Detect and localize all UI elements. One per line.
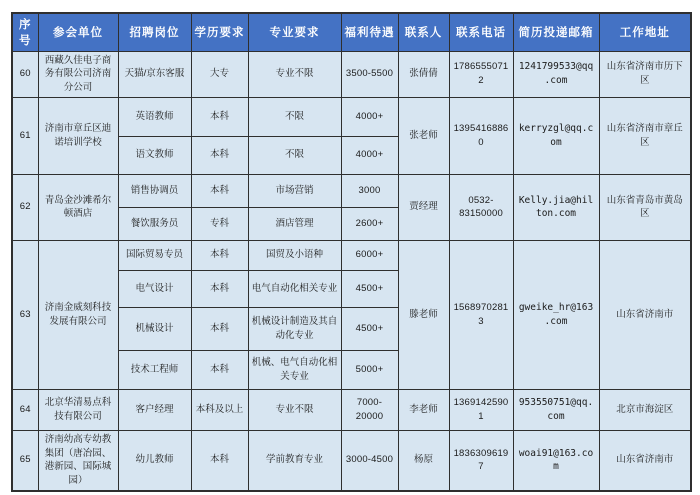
education-cell: 大专 (191, 51, 248, 97)
phone-cell: 0532-83150000 (449, 174, 513, 240)
seq-cell: 62 (12, 174, 38, 240)
salary-cell: 4500+ (341, 270, 398, 307)
major-cell: 国贸及小语种 (248, 240, 341, 270)
seq-cell: 65 (12, 430, 38, 491)
header-education: 学历要求 (191, 13, 248, 51)
email-cell: Kelly.jia@hilton.com (513, 174, 599, 240)
header-address: 工作地址 (599, 13, 691, 51)
email-cell: woai91@163.com (513, 430, 599, 491)
contact-cell: 杨原 (398, 430, 449, 491)
education-cell: 本科及以上 (191, 389, 248, 430)
seq-cell: 63 (12, 240, 38, 389)
education-cell: 本科 (191, 136, 248, 174)
contact-cell: 贾经理 (398, 174, 449, 240)
header-position: 招聘岗位 (118, 13, 191, 51)
education-cell: 本科 (191, 240, 248, 270)
phone-cell: 17865550712 (449, 51, 513, 97)
table-row: 62 青岛金沙滩希尔顿酒店 销售协调员 本科 市场营销 3000 贾经理 053… (12, 174, 691, 207)
company-name-cell: 青岛金沙滩希尔顿酒店 (38, 174, 118, 240)
contact-cell: 李老师 (398, 389, 449, 430)
salary-cell: 4000+ (341, 136, 398, 174)
position-cell: 英语教师 (118, 97, 191, 136)
address-cell: 山东省济南市历下区 (599, 51, 691, 97)
email-cell: kerryzgl@qq.com (513, 97, 599, 174)
seq-cell: 60 (12, 51, 38, 97)
education-cell: 本科 (191, 430, 248, 491)
education-cell: 本科 (191, 350, 248, 389)
contact-cell: 滕老师 (398, 240, 449, 389)
company-name-cell: 济南金威刻科技发展有限公司 (38, 240, 118, 389)
table-row: 65 济南幼高专幼教集团（唐冶园、港新园、国际城园） 幼儿教师 本科 学前教育专… (12, 430, 691, 491)
header-email: 简历投递邮箱 (513, 13, 599, 51)
job-fair-table: 序号 参会单位 招聘岗位 学历要求 专业要求 福利待遇 联系人 联系电话 简历投… (11, 12, 692, 492)
education-cell: 本科 (191, 307, 248, 350)
major-cell: 专业不限 (248, 389, 341, 430)
email-cell: gweike_hr@163.com (513, 240, 599, 389)
position-cell: 语文教师 (118, 136, 191, 174)
major-cell: 专业不限 (248, 51, 341, 97)
header-seq: 序号 (12, 13, 38, 51)
salary-cell: 6000+ (341, 240, 398, 270)
position-cell: 客户经理 (118, 389, 191, 430)
phone-cell: 15689702813 (449, 240, 513, 389)
company-name-cell: 济南幼高专幼教集团（唐冶园、港新园、国际城园） (38, 430, 118, 491)
position-cell: 电气设计 (118, 270, 191, 307)
address-cell: 山东省济南市 (599, 240, 691, 389)
contact-cell: 张倩倩 (398, 51, 449, 97)
table-row: 64 北京华清易点科技有限公司 客户经理 本科及以上 专业不限 7000-200… (12, 389, 691, 430)
phone-cell: 13691425901 (449, 389, 513, 430)
position-cell: 天猫/京东客服 (118, 51, 191, 97)
education-cell: 本科 (191, 270, 248, 307)
major-cell: 市场营销 (248, 174, 341, 207)
company-name-cell: 西藏久佳电子商务有限公司济南分公司 (38, 51, 118, 97)
salary-cell: 3000 (341, 174, 398, 207)
company-name-cell: 济南市章丘区迪诺培训学校 (38, 97, 118, 174)
major-cell: 电气自动化相关专业 (248, 270, 341, 307)
salary-cell: 2600+ (341, 207, 398, 240)
salary-cell: 5000+ (341, 350, 398, 389)
seq-cell: 64 (12, 389, 38, 430)
company-name-cell: 北京华清易点科技有限公司 (38, 389, 118, 430)
position-cell: 技术工程师 (118, 350, 191, 389)
table-row: 60 西藏久佳电子商务有限公司济南分公司 天猫/京东客服 大专 专业不限 350… (12, 51, 691, 97)
position-cell: 销售协调员 (118, 174, 191, 207)
major-cell: 酒店管理 (248, 207, 341, 240)
email-cell: 953550751@qq.com (513, 389, 599, 430)
address-cell: 山东省济南市 (599, 430, 691, 491)
salary-cell: 7000-20000 (341, 389, 398, 430)
position-cell: 机械设计 (118, 307, 191, 350)
salary-cell: 3500-5500 (341, 51, 398, 97)
contact-cell: 张老师 (398, 97, 449, 174)
header-company: 参会单位 (38, 13, 118, 51)
header-salary: 福利待遇 (341, 13, 398, 51)
seq-cell: 61 (12, 97, 38, 174)
major-cell: 学前教育专业 (248, 430, 341, 491)
email-cell: 1241799533@qq.com (513, 51, 599, 97)
education-cell: 专科 (191, 207, 248, 240)
education-cell: 本科 (191, 174, 248, 207)
salary-cell: 4000+ (341, 97, 398, 136)
address-cell: 山东省济南市章丘区 (599, 97, 691, 174)
page: 序号 参会单位 招聘岗位 学历要求 专业要求 福利待遇 联系人 联系电话 简历投… (0, 0, 700, 495)
major-cell: 不限 (248, 97, 341, 136)
position-cell: 餐饮服务员 (118, 207, 191, 240)
phone-cell: 13954168860 (449, 97, 513, 174)
major-cell: 机械设计制造及其自动化专业 (248, 307, 341, 350)
salary-cell: 4500+ (341, 307, 398, 350)
table-row: 63 济南金威刻科技发展有限公司 国际贸易专员 本科 国贸及小语种 6000+ … (12, 240, 691, 270)
table-row: 61 济南市章丘区迪诺培训学校 英语教师 本科 不限 4000+ 张老师 139… (12, 97, 691, 136)
salary-cell: 3000-4500 (341, 430, 398, 491)
header-phone: 联系电话 (449, 13, 513, 51)
address-cell: 北京市海淀区 (599, 389, 691, 430)
header-major: 专业要求 (248, 13, 341, 51)
header-contact: 联系人 (398, 13, 449, 51)
address-cell: 山东省青岛市黄岛区 (599, 174, 691, 240)
phone-cell: 18363096197 (449, 430, 513, 491)
major-cell: 不限 (248, 136, 341, 174)
position-cell: 国际贸易专员 (118, 240, 191, 270)
header-row: 序号 参会单位 招聘岗位 学历要求 专业要求 福利待遇 联系人 联系电话 简历投… (12, 13, 691, 51)
education-cell: 本科 (191, 97, 248, 136)
major-cell: 机械、电气自动化相关专业 (248, 350, 341, 389)
position-cell: 幼儿教师 (118, 430, 191, 491)
